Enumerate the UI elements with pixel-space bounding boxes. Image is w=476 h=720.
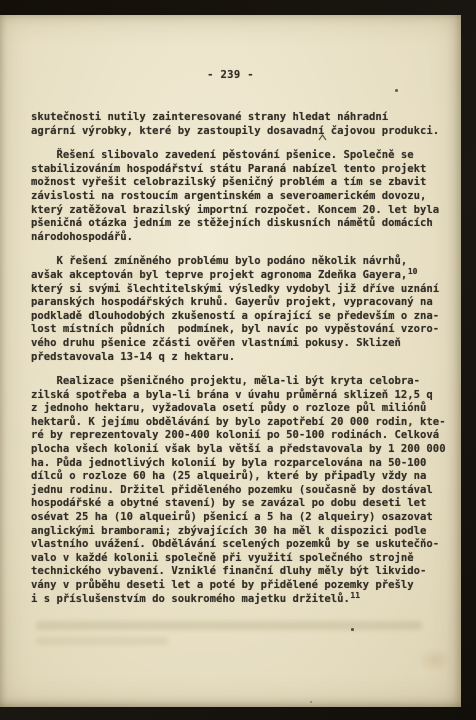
bleedthrough-ghost-text xyxy=(36,637,168,645)
text-line: i s příslušenstvím do soukromého majetku… xyxy=(31,593,446,607)
text-line-content: avšak akceptován byl teprve projekt agro… xyxy=(31,269,407,281)
text-line: který zatěžoval brazilský importní rozpo… xyxy=(31,204,446,218)
text-line: K řešení zmíněného problému bylo podáno … xyxy=(31,255,446,269)
text-line-content: představovala 13-14 q z hektaru. xyxy=(31,351,235,363)
text-line-content: národohospodářů. xyxy=(31,231,133,243)
paper-page: - 239 - skutečnosti nutily zainteresovan… xyxy=(0,15,461,707)
text-line-content: stabilizováním hospodářství státu Paraná… xyxy=(31,163,426,175)
text-line-content: hektarů. K jejímu obdělávání by bylo zap… xyxy=(31,416,446,428)
text-line: technického vybavení. Vzniklé finanční d… xyxy=(31,565,446,579)
text-line: agrární výrobky, které by zastoupily dos… xyxy=(31,125,446,139)
paragraph: Řešení slibovalo zavedení pěstování pšen… xyxy=(31,149,446,244)
text-line: pšeničná otázka jedním ze stěžejních dis… xyxy=(31,217,446,231)
text-line-content: vány v průběhu deseti let a poté by přid… xyxy=(31,579,414,591)
text-line-content: který si svými šlechtitelskými výsledky … xyxy=(31,283,439,295)
text-line: který si svými šlechtitelskými výsledky … xyxy=(31,283,446,297)
text-line: jednu rodinu. Držitel přiděleného pozemk… xyxy=(31,484,446,498)
scan-border-top xyxy=(0,0,476,15)
bleedthrough-ghost-text xyxy=(36,621,422,630)
stray-caret-mark xyxy=(318,134,327,141)
text-line: Realizace pšeničného projektu, měla-li b… xyxy=(31,375,446,389)
text-line-content: pšeničná otázka jedním ze stěžejních dis… xyxy=(31,217,433,229)
text-line-content: vého druhu pšenice zčásti ověřen vlastní… xyxy=(31,337,401,349)
text-line: anglickými bramborami; zbývajících 30 ha… xyxy=(31,525,446,539)
paragraph: K řešení zmíněného problému bylo podáno … xyxy=(31,255,446,364)
text-line-content: Řešení slibovalo zavedení pěstování pšen… xyxy=(31,149,414,161)
text-line: národohospodářů. xyxy=(31,231,446,245)
text-line-content: ha. Půda jednotlivých kolonií by byla ro… xyxy=(31,457,426,469)
text-line: dílců o rozloze 60 ha (25 alqueirů), kte… xyxy=(31,470,446,484)
text-line: osévat 25 ha (10 alqueirů) pšenicí a 5 h… xyxy=(31,511,446,525)
text-line-content: vlastního uvážení. Obdělávání scelených … xyxy=(31,538,439,550)
text-line-content: i s příslušenstvím do soukromého majetku… xyxy=(31,593,350,605)
text-line: závislosti na rostoucím argentinském a s… xyxy=(31,190,446,204)
scanned-page: - 239 - skutečnosti nutily zainteresovan… xyxy=(0,0,476,720)
text-line: lost místních půdních podmínek, byl naví… xyxy=(31,323,446,337)
text-line-content: agrární výrobky, které by zastoupily dos… xyxy=(31,125,439,137)
text-line-content: možnost vyřešit celobrazilský pšeničný p… xyxy=(31,176,426,188)
text-line: hospodářské a obytné stavení) by se zavá… xyxy=(31,497,446,511)
footnote-ref: 10 xyxy=(408,267,418,276)
text-line-content: který zatěžoval brazilský importní rozpo… xyxy=(31,204,439,216)
text-line-content: paranských hospodářských kruhů. Gayerův … xyxy=(31,296,433,308)
text-line: vlastního uvážení. Obdělávání scelených … xyxy=(31,538,446,552)
paragraph: skutečnosti nutily zainteresované strany… xyxy=(31,111,446,138)
text-line: plocha všech kolonií však byla větší a p… xyxy=(31,443,446,457)
text-line-content: jednu rodinu. Držitel přiděleného pozemk… xyxy=(31,484,433,496)
text-line: valo v každé kolonii společně při využit… xyxy=(31,552,446,566)
text-line: z jednoho hektaru, vyžadovala osetí půdy… xyxy=(31,402,446,416)
text-line-content: lost místních půdních podmínek, byl naví… xyxy=(31,323,439,335)
text-line: vány v průběhu deseti let a poté by přid… xyxy=(31,579,446,593)
text-line-content: podkladě dlouhodobých zkušeností a opíra… xyxy=(31,310,439,322)
text-line: ha. Půda jednotlivých kolonií by byla ro… xyxy=(31,457,446,471)
text-line-content: hospodářské a obytné stavení) by se zavá… xyxy=(31,497,426,509)
text-line: možnost vyřešit celobrazilský pšeničný p… xyxy=(31,176,446,190)
text-line: Řešení slibovalo zavedení pěstování pšen… xyxy=(31,149,446,163)
text-line: ré by reprezentovaly 200-400 kolonií po … xyxy=(31,429,446,443)
text-line-content: dílců o rozloze 60 ha (25 alqueirů), kte… xyxy=(31,470,426,482)
text-line-content: technického vybavení. Vzniklé finanční d… xyxy=(31,565,426,577)
paper-stain xyxy=(120,265,160,287)
text-line-content: osévat 25 ha (10 alqueirů) pšenicí a 5 h… xyxy=(31,511,433,523)
text-line-content: K řešení zmíněného problému bylo podáno … xyxy=(31,255,407,267)
text-body: skutečnosti nutily zainteresované strany… xyxy=(31,111,446,606)
text-line: stabilizováním hospodářství státu Paraná… xyxy=(31,163,446,177)
ink-speck xyxy=(310,701,312,703)
text-line-content: anglickými bramborami; zbývajících 30 ha… xyxy=(31,525,426,537)
paragraph: Realizace pšeničného projektu, měla-li b… xyxy=(31,375,446,606)
text-line-content: ré by reprezentovaly 200-400 kolonií po … xyxy=(31,429,439,441)
ink-speck xyxy=(395,89,398,92)
page-number: - 239 - xyxy=(0,69,461,81)
text-line: představovala 13-14 q z hektaru. xyxy=(31,351,446,365)
text-line-content: z jednoho hektaru, vyžadovala osetí půdy… xyxy=(31,402,426,414)
text-line: hektarů. K jejímu obdělávání by bylo zap… xyxy=(31,416,446,430)
text-line-content: Realizace pšeničného projektu, měla-li b… xyxy=(31,375,420,387)
text-line: zilská spotřeba a byla-li brána v úvahu … xyxy=(31,389,446,403)
text-line-content: plocha všech kolonií však byla větší a p… xyxy=(31,443,446,455)
text-line: avšak akceptován byl teprve projekt agro… xyxy=(31,269,446,283)
text-line-content: valo v každé kolonii společně při využit… xyxy=(31,552,414,564)
text-line: podkladě dlouhodobých zkušeností a opíra… xyxy=(31,310,446,324)
paper-stain xyxy=(418,647,452,673)
text-line-content: skutečnosti nutily zainteresované strany… xyxy=(31,111,388,123)
footnote-ref: 11 xyxy=(350,591,360,600)
scan-border-bottom xyxy=(0,707,476,720)
text-line-content: závislosti na rostoucím argentinském a s… xyxy=(31,190,426,202)
text-line: vého druhu pšenice zčásti ověřen vlastní… xyxy=(31,337,446,351)
text-line: paranských hospodářských kruhů. Gayerův … xyxy=(31,296,446,310)
scan-border-right xyxy=(461,0,476,720)
text-line-content: zilská spotřeba a byla-li brána v úvahu … xyxy=(31,389,433,401)
text-line: skutečnosti nutily zainteresované strany… xyxy=(31,111,446,125)
